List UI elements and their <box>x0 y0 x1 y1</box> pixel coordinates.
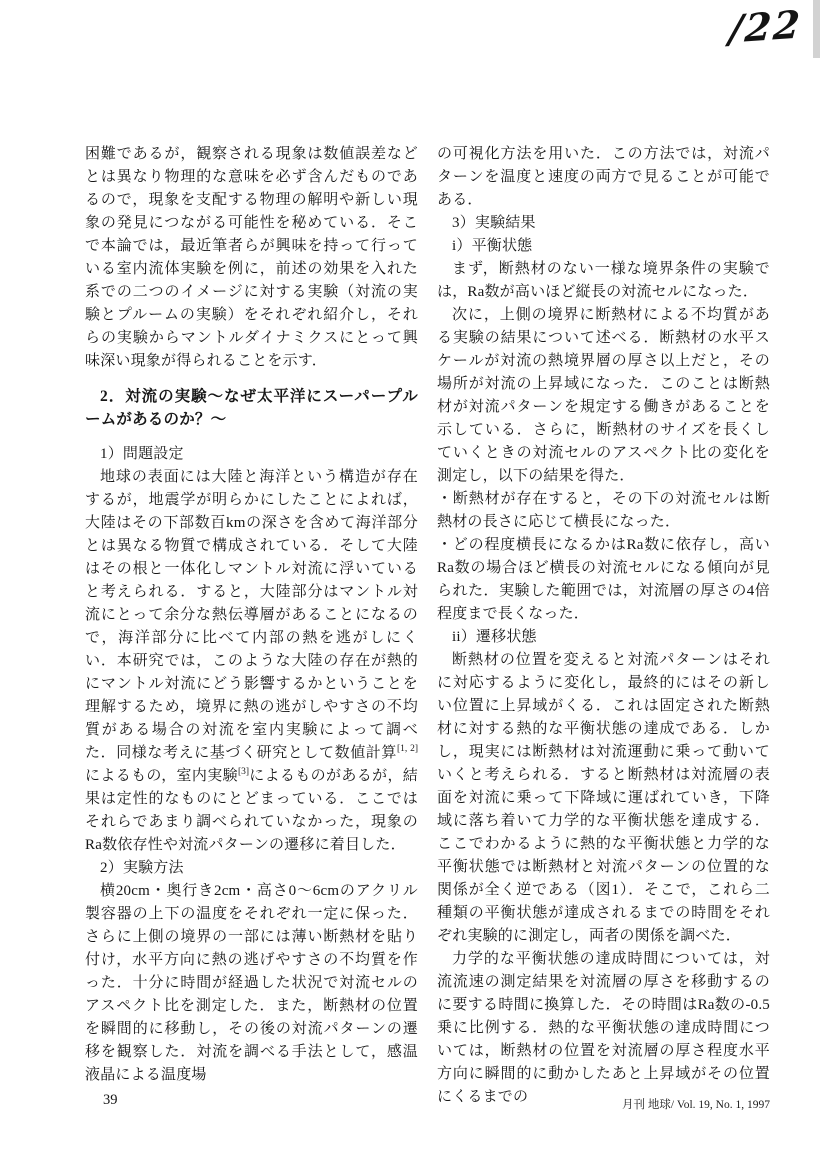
body-paragraph: 次に，上側の境界に断熱材による不均質がある実験の結果について述べる．断熱材の水平… <box>437 304 770 488</box>
journal-reference: 月刊 地球/ Vol. 19, No. 1, 1997 <box>622 1096 770 1112</box>
body-paragraph: 力学的な平衡状態の達成時間については，対流流速の測定結果を対流層の厚さを移動する… <box>437 948 770 1109</box>
body-paragraph: 横20cm・奥行き2cm・高さ0～6cmのアクリル製容器の上下の温度をそれぞれ一… <box>85 880 418 1087</box>
right-column: の可視化方法を用いた．この方法では，対流パターンを温度と速度の両方で見ることが可… <box>437 143 770 1109</box>
subsection-heading: i）平衡状態 <box>437 235 770 258</box>
body-paragraph: 地球の表面には大陸と海洋という構造が存在するが，地震学が明らかにしたことによれば… <box>85 466 418 857</box>
subsection-heading: ii）遷移状態 <box>437 626 770 649</box>
body-paragraph: まず，断熱材のない一様な境界条件の実験では，Ra数が高いほど縦長の対流セルになっ… <box>437 258 770 304</box>
subsection-heading: 1）問題設定 <box>85 443 418 466</box>
body-paragraph: の可視化方法を用いた．この方法では，対流パターンを温度と速度の両方で見ることが可… <box>437 143 770 212</box>
body-paragraph: 断熱材の位置を変えると対流パターンはそれに対応するように変化し，最終的にはその新… <box>437 649 770 948</box>
reference-superscript: [3] <box>238 767 249 777</box>
body-paragraph: 困難であるが，観察される現象は数値誤差などとは異なり物理的な意味を必ず含んだもの… <box>85 143 418 373</box>
left-column: 困難であるが，観察される現象は数値誤差などとは異なり物理的な意味を必ず含んだもの… <box>85 143 418 1087</box>
page-number: 39 <box>103 1092 118 1109</box>
handwritten-page-number: /22 <box>728 1 804 51</box>
bullet-item: ・どの程度横長になるかはRa数に依存し，高いRa数の場合ほど横長の対流セルになる… <box>437 534 770 626</box>
scan-edge-artifact <box>813 0 820 58</box>
subsection-heading: 3）実験結果 <box>437 212 770 235</box>
bullet-item: ・断熱材が存在すると，その下の対流セルは断熱材の長さに応じて横長になった． <box>437 488 770 534</box>
section-heading: 2．対流の実験～なぜ太平洋にスーパープルームがあるのか？～ <box>85 385 418 431</box>
journal-page: /22 困難であるが，観察される現象は数値誤差などとは異なり物理的な意味を必ず含… <box>0 0 828 1167</box>
reference-superscript: [1, 2] <box>397 744 418 754</box>
subsection-heading: 2）実験方法 <box>85 857 418 880</box>
